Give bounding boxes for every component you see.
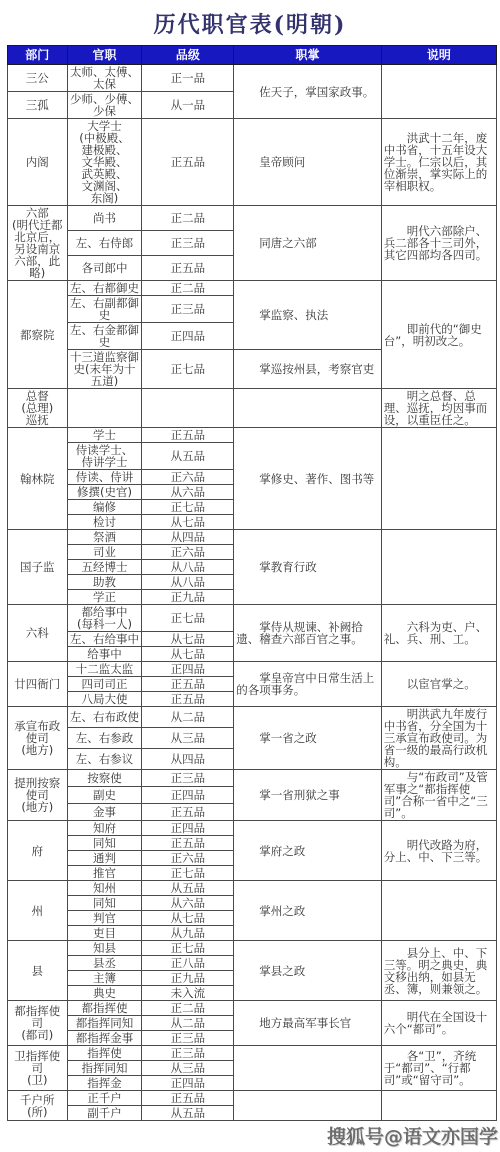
duty-cell: 地方最高军事长官 [234,1001,382,1046]
position-cell: 都指挥同知 [67,1016,142,1031]
dept-cell: 内阁 [8,119,68,206]
note-cell: 与“布政司”及管军事之“都指挥使司”合称一省中之“三司”。 [381,770,496,821]
position-cell: 四司司正 [67,677,142,692]
position-cell: 侍读学士、 侍讲学士 [67,443,142,470]
table-row: 廿四衙门十二监太监正四品掌皇帝宫中日常生活上的各项事务。以宦官掌之。 [8,662,497,677]
table-row: 都察院左、右都御史正二品掌监察、执法即前代的“御史台”，明初改之。 [8,281,497,296]
position-cell: 侍读、侍讲 [67,470,142,485]
position-cell: 祭酒 [67,530,142,545]
rank-cell: 正六品 [142,545,234,560]
rank-cell: 正七品 [142,605,234,632]
duty-cell [234,1091,382,1121]
table-row: 三公太师、太傅、 太保正一品佐天子，掌国家政事。 [8,65,497,92]
rank-cell: 从九品 [142,926,234,941]
position-cell: 八局大使 [67,692,142,707]
rank-cell: 从二品 [142,707,234,728]
table-row: 县知县正七品掌县之政县分上、中、下三等。明之典史，典文移出纳，如县无丞、簿，则兼… [8,941,497,956]
position-cell: 按察使 [67,770,142,787]
table-row: 翰林院学士正五品掌修史、著作、图书等 [8,428,497,443]
note-cell [381,65,496,119]
note-cell: 以宦官掌之。 [381,662,496,707]
rank-cell: 正三品 [142,231,234,256]
position-cell: 左、右金都御史 [67,323,142,350]
rank-cell [142,389,234,428]
col-header-duty: 职掌 [234,46,382,65]
position-cell: 指挥同知 [67,1061,142,1076]
rank-cell: 从二品 [142,1016,234,1031]
position-cell: 指挥使 [67,1046,142,1061]
rank-cell: 正七品 [142,941,234,956]
position-cell: 检讨 [67,515,142,530]
note-cell: 六科为吏、户、礼、兵、刑、工。 [381,605,496,662]
position-cell: 学士 [67,428,142,443]
dept-cell: 翰林院 [8,428,68,530]
duty-cell: 同唐之六部 [234,206,382,281]
rank-cell: 正二品 [142,206,234,231]
position-cell: 金事 [67,804,142,821]
rank-cell: 正四品 [142,787,234,804]
position-cell: 知州 [67,881,142,896]
rank-cell: 正三品 [142,1031,234,1046]
position-cell: 县丞 [67,956,142,971]
col-header-rank: 品级 [142,46,234,65]
table-row: 千户所 (所)正千户正五品 [8,1091,497,1106]
position-cell: 左、右给事中 [67,632,142,647]
duty-cell: 皇帝顾问 [234,119,382,206]
rank-cell: 正五品 [142,804,234,821]
page: { "page": { "title": "历代职官表(明朝)", "water… [0,0,500,1152]
dept-cell: 提刑按察 使司 (地方) [8,770,68,821]
position-cell: 左、右都御史 [67,281,142,296]
col-header-position: 官职 [67,46,142,65]
rank-cell: 正四品 [142,323,234,350]
position-cell: 主簿 [67,971,142,986]
watermark: 搜狐号@语文亦国学 [327,1122,498,1149]
position-cell: 推官 [67,866,142,881]
position-cell: 同知 [67,896,142,911]
rank-cell: 正三品 [142,1046,234,1061]
table-row: 都指挥使 司 (都司)都指挥使正二品地方最高军事长官明代在全国设十六个“都司”。 [8,1001,497,1016]
position-cell: 吏目 [67,926,142,941]
note-cell: 各“卫”，齐统于“都司”、“行都司”或“留守司”。 [381,1046,496,1091]
duty-cell: 掌巡按州县，考察官吏 [234,350,382,389]
rank-cell: 正五品 [142,677,234,692]
position-cell: 都指挥金事 [67,1031,142,1046]
note-cell: 明代在全国设十六个“都司”。 [381,1001,496,1046]
position-cell: 少师、少傅、 少保 [67,92,142,119]
dept-cell: 千户所 (所) [8,1091,68,1121]
position-cell: 指挥金 [67,1076,142,1091]
rank-cell: 正一品 [142,65,234,92]
note-cell: 洪武十二年，废中书省，十五年设大学士。仁宗以后，其位渐崇，掌实际上的宰相职权。 [381,119,496,206]
rank-cell: 正七品 [142,500,234,515]
position-cell: 尚书 [67,206,142,231]
note-cell: 明代六部除户、兵二部各十三司外，其它四部均各四司。 [381,206,496,281]
dept-cell: 都察院 [8,281,68,389]
position-cell: 正千户 [67,1091,142,1106]
dept-cell: 州 [8,881,68,941]
table-row: 内阁大学士 (中极殿、 建极殿、 文华殿、 武英殿、 文渊阁、 东阁)正五品皇帝… [8,119,497,206]
position-cell: 左、右布政使 [67,707,142,728]
position-cell: 通判 [67,851,142,866]
position-cell: 太师、太傅、 太保 [67,65,142,92]
position-cell: 典史 [67,986,142,1001]
rank-cell: 从三品 [142,728,234,749]
officials-table: 部门 官职 品级 职掌 说明 三公太师、太傅、 太保正一品佐天子，掌国家政事。三… [7,45,497,1121]
duty-cell: 掌一省刑狱之事 [234,770,382,821]
table-body: 三公太师、太傅、 太保正一品佐天子，掌国家政事。三孤少师、少傅、 少保从一品内阁… [8,65,497,1121]
rank-cell: 从七品 [142,515,234,530]
position-cell: 编修 [67,500,142,515]
position-cell: 左、右侍郎 [67,231,142,256]
duty-cell: 掌皇帝宫中日常生活上的各项事务。 [234,662,382,707]
position-cell: 判官 [67,911,142,926]
note-cell: 县分上、中、下三等。明之典史，典文移出纳，如县无丞、簿，则兼领之。 [381,941,496,1001]
rank-cell: 从五品 [142,443,234,470]
duty-cell: 掌修史、著作、图书等 [234,428,382,530]
position-cell: 五经博士 [67,560,142,575]
rank-cell: 从一品 [142,92,234,119]
rank-cell: 正五品 [142,692,234,707]
note-cell [381,530,496,605]
duty-cell: 掌州之政 [234,881,382,941]
rank-cell: 从四品 [142,530,234,545]
note-cell: 明洪武九年废行中书省，分全国为十三承宣布政使司。为省一级的最高行政机构。 [381,707,496,770]
position-cell: 十二监太监 [67,662,142,677]
rank-cell: 正四品 [142,821,234,836]
table-row: 国子监祭酒从四品掌教育行政 [8,530,497,545]
rank-cell: 从七品 [142,647,234,662]
rank-cell: 正九品 [142,971,234,986]
position-cell: 给事中 [67,647,142,662]
position-cell: 学正 [67,590,142,605]
dept-cell: 三公 [8,65,68,92]
dept-cell: 县 [8,941,68,1001]
dept-cell: 府 [8,821,68,881]
table-row: 卫指挥使 司 (卫)指挥使正三品各“卫”，齐统于“都司”、“行都司”或“留守司”… [8,1046,497,1061]
duty-cell: 佐天子，掌国家政事。 [234,65,382,119]
rank-cell: 从七品 [142,632,234,647]
rank-cell: 正四品 [142,1076,234,1091]
rank-cell: 从五品 [142,1106,234,1121]
rank-cell: 正四品 [142,662,234,677]
table-row: 六科都给事中 (每科一人)正七品掌侍从规谏、补阙拾遗、稽查六部百官之事。六科为吏… [8,605,497,632]
duty-cell: 掌监察、执法 [234,281,382,350]
rank-cell: 从八品 [142,560,234,575]
dept-cell: 三孤 [8,92,68,119]
note-cell [381,1091,496,1121]
rank-cell: 从三品 [142,1061,234,1076]
position-cell [67,389,142,428]
position-cell: 副史 [67,787,142,804]
dept-cell: 国子监 [8,530,68,605]
position-cell: 知县 [67,941,142,956]
position-cell: 司业 [67,545,142,560]
rank-cell: 从六品 [142,485,234,500]
rank-cell: 从六品 [142,896,234,911]
dept-cell: 廿四衙门 [8,662,68,707]
rank-cell: 正七品 [142,866,234,881]
rank-cell: 正三品 [142,770,234,787]
col-header-note: 说明 [381,46,496,65]
rank-cell: 正七品 [142,350,234,389]
position-cell: 知府 [67,821,142,836]
rank-cell: 未入流 [142,986,234,1001]
dept-cell: 六科 [8,605,68,662]
table-row: 府知府正四品掌府之政明代改路为府，分上、中、下三等。 [8,821,497,836]
rank-cell: 正五品 [142,119,234,206]
rank-cell: 正三品 [142,296,234,323]
col-header-dept: 部门 [8,46,68,65]
dept-cell: 承宣布政 使司 (地方) [8,707,68,770]
page-title: 历代职官表(明朝) [0,8,500,39]
rank-cell: 正五品 [142,836,234,851]
rank-cell: 从八品 [142,575,234,590]
note-cell: 明之总督、总理、巡抚，均因事而设，以重臣任之。 [381,389,496,428]
table-row: 总督 (总理) 巡抚明之总督、总理、巡抚，均因事而设，以重臣任之。 [8,389,497,428]
duty-cell [234,1046,382,1091]
position-cell: 修撰(史官) [67,485,142,500]
duty-cell [234,389,382,428]
rank-cell: 正二品 [142,1001,234,1016]
duty-cell: 掌教育行政 [234,530,382,605]
note-cell: 明代改路为府，分上、中、下三等。 [381,821,496,881]
note-cell [381,428,496,530]
dept-cell: 六部 (明代迁都 北京后， 另设南京 六部，此 略) [8,206,68,281]
rank-cell: 正二品 [142,281,234,296]
table-header: 部门 官职 品级 职掌 说明 [8,46,497,65]
position-cell: 各司郎中 [67,256,142,281]
table-row: 六部 (明代迁都 北京后， 另设南京 六部，此 略)尚书正二品同唐之六部明代六部… [8,206,497,231]
rank-cell: 从四品 [142,749,234,770]
duty-cell: 掌县之政 [234,941,382,1001]
table-row: 州知州从五品掌州之政 [8,881,497,896]
duty-cell: 掌侍从规谏、补阙拾遗、稽查六部百官之事。 [234,605,382,662]
note-cell: 即前代的“御史台”，明初改之。 [381,281,496,389]
rank-cell: 正五品 [142,256,234,281]
header-row: 部门 官职 品级 职掌 说明 [8,46,497,65]
position-cell: 都给事中 (每科一人) [67,605,142,632]
dept-cell: 卫指挥使 司 (卫) [8,1046,68,1091]
position-cell: 十三道监察御史(末年为十五道) [67,350,142,389]
position-cell: 都指挥使 [67,1001,142,1016]
position-cell: 左、右参政 [67,728,142,749]
position-cell: 同知 [67,836,142,851]
position-cell: 副千户 [67,1106,142,1121]
rank-cell: 正五品 [142,428,234,443]
dept-cell: 都指挥使 司 (都司) [8,1001,68,1046]
position-cell: 助教 [67,575,142,590]
note-cell [381,881,496,941]
rank-cell: 从七品 [142,911,234,926]
rank-cell: 正六品 [142,470,234,485]
rank-cell: 正五品 [142,1091,234,1106]
duty-cell: 掌府之政 [234,821,382,881]
rank-cell: 正八品 [142,956,234,971]
duty-cell: 掌一省之政 [234,707,382,770]
rank-cell: 正九品 [142,590,234,605]
position-cell: 大学士 (中极殿、 建极殿、 文华殿、 武英殿、 文渊阁、 东阁) [67,119,142,206]
position-cell: 左、右副都御史 [67,296,142,323]
dept-cell: 总督 (总理) 巡抚 [8,389,68,428]
table-row: 承宣布政 使司 (地方)左、右布政使从二品掌一省之政明洪武九年废行中书省，分全国… [8,707,497,728]
table-row: 提刑按察 使司 (地方)按察使正三品掌一省刑狱之事与“布政司”及管军事之“都指挥… [8,770,497,787]
position-cell: 左、右参议 [67,749,142,770]
rank-cell: 从五品 [142,881,234,896]
rank-cell: 正六品 [142,851,234,866]
